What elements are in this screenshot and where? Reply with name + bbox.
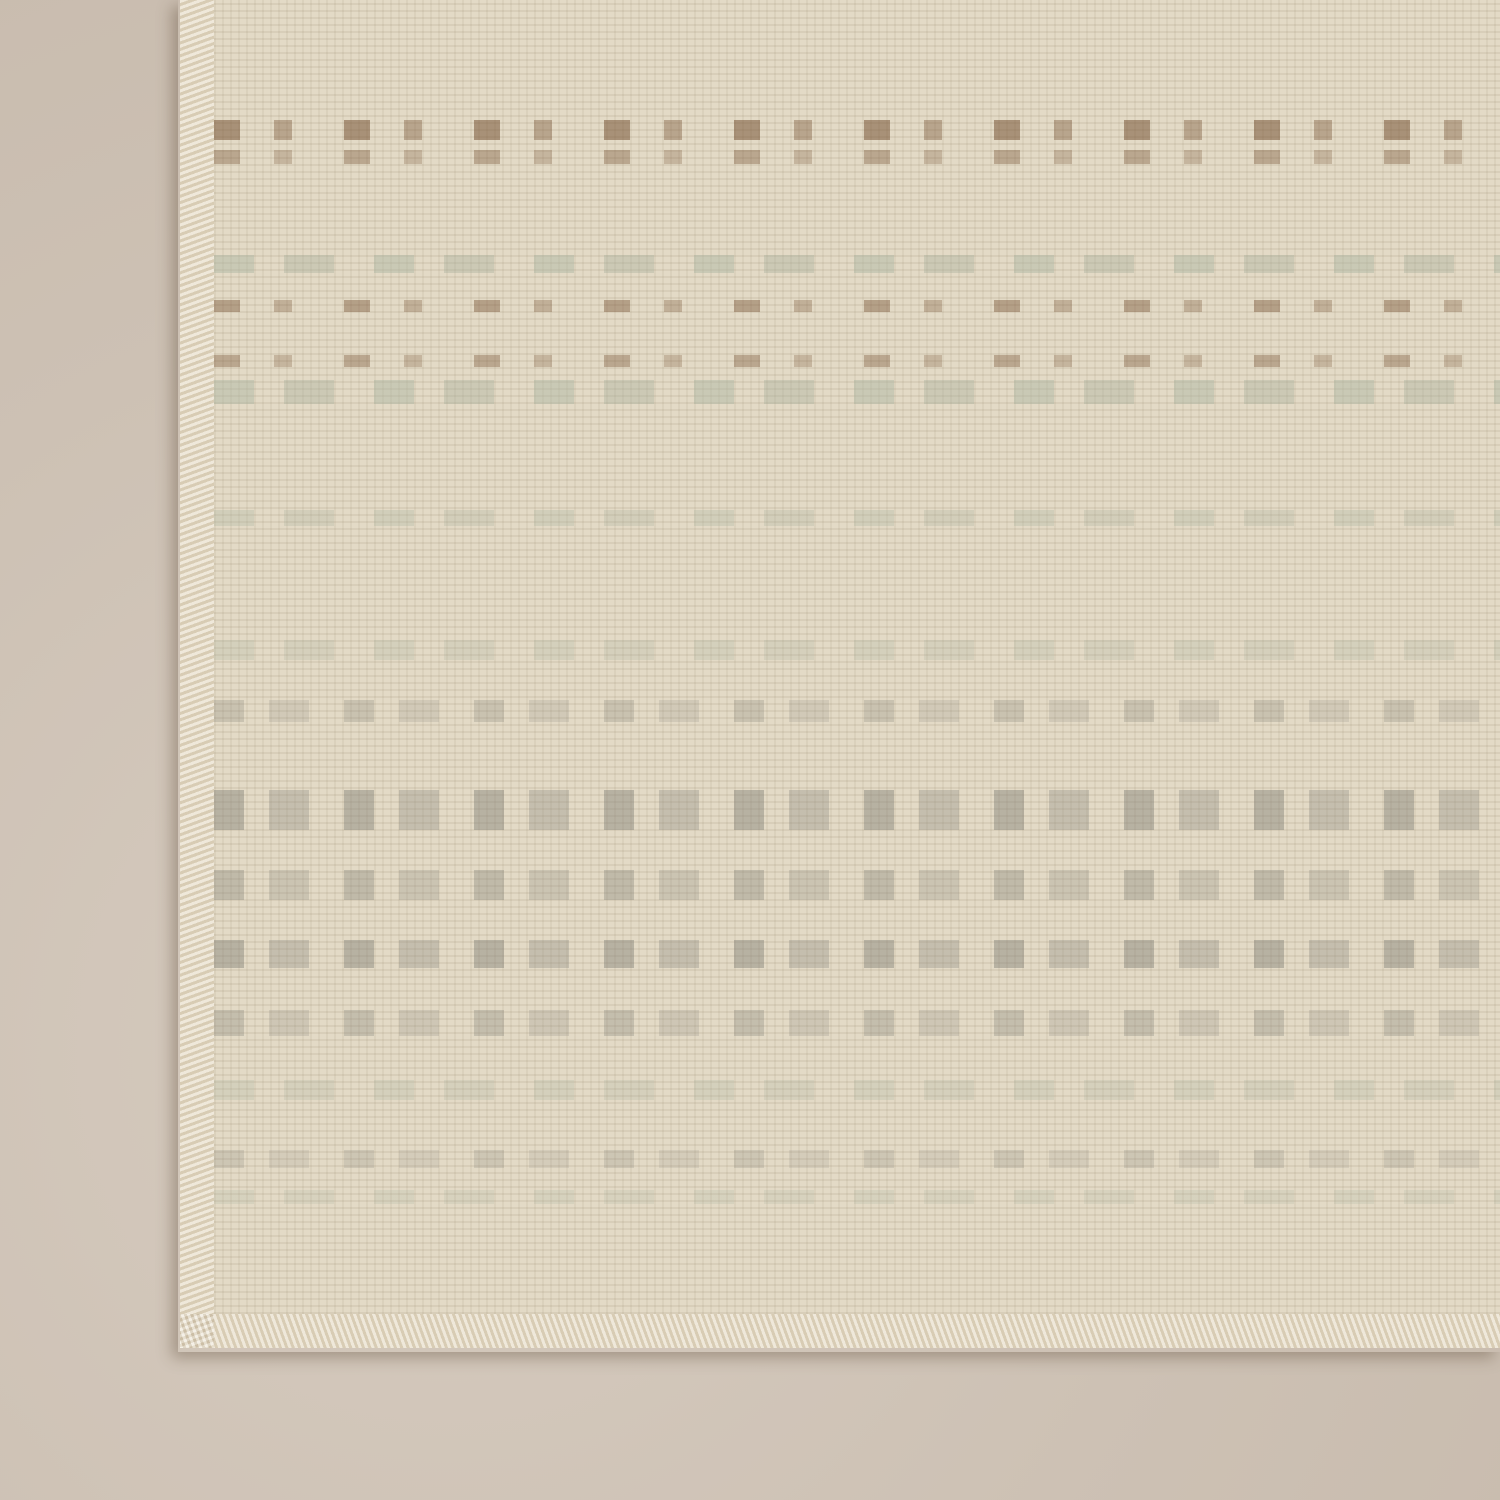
brown-pattern-band [214, 120, 1500, 140]
grey-pattern-band [214, 1010, 1500, 1036]
sage-pattern-band [214, 510, 1500, 526]
sage-pattern-band [214, 1080, 1500, 1100]
sage-pattern-band [214, 1190, 1500, 1204]
sage-pattern-band [214, 255, 1500, 273]
rug-binding-left [180, 0, 214, 1348]
rug-field [214, 0, 1500, 1314]
brown-pattern-band [214, 150, 1500, 164]
brown-pattern-band [214, 355, 1500, 367]
sage-pattern-band [214, 640, 1500, 660]
rug-binding-bottom [180, 1314, 1500, 1348]
grey-pattern-band [214, 940, 1500, 968]
sage-pattern-band [214, 380, 1500, 404]
grey-pattern-band [214, 1150, 1500, 1168]
product-photo [0, 0, 1500, 1500]
grey-pattern-band [214, 870, 1500, 900]
brown-pattern-band [214, 300, 1500, 312]
grey-pattern-band [214, 790, 1500, 830]
grey-pattern-band [214, 700, 1500, 722]
